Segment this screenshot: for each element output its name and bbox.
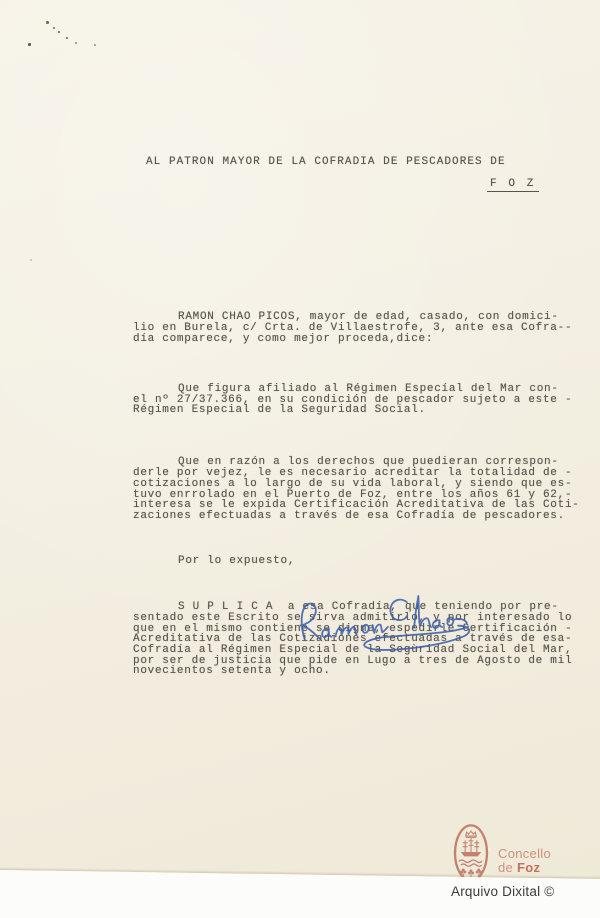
scan-speckle bbox=[30, 259, 32, 261]
crown-icon bbox=[466, 831, 477, 837]
trees-icon bbox=[460, 869, 482, 880]
document-heading-foz: F O Z bbox=[487, 179, 539, 192]
signature bbox=[285, 578, 487, 679]
document-heading-line1: AL PATRON MAYOR DE LA COFRADIA DE PESCAD… bbox=[146, 157, 506, 168]
logo-text-de-foz: de Foz bbox=[498, 860, 540, 875]
ship-icon bbox=[461, 838, 481, 856]
concello-emblem-icon bbox=[448, 822, 494, 884]
scan-speckle bbox=[46, 21, 49, 24]
paragraph-3: Que en razón a los derechos que puediera… bbox=[133, 457, 595, 521]
scan-speckle bbox=[94, 44, 96, 46]
waves-icon bbox=[459, 860, 482, 866]
paragraph-1: RAMON CHAO PICOS, mayor de edad, casado,… bbox=[133, 312, 595, 344]
logo-text-de: de bbox=[498, 860, 517, 875]
scan-speckle bbox=[58, 31, 60, 33]
scan-speckle bbox=[53, 27, 55, 29]
logo-text-concello: Concello bbox=[498, 846, 551, 861]
paragraph-4: Por lo expuesto, bbox=[133, 556, 595, 567]
paragraph-2: Que figura afiliado al Régimen Especíal … bbox=[133, 384, 595, 416]
archive-watermark: Arquivo Dixital © bbox=[451, 884, 554, 899]
scanned-paper-sheet: AL PATRON MAYOR DE LA COFRADIA DE PESCAD… bbox=[0, 0, 600, 882]
concello-de-foz-logo: Concello de Foz bbox=[448, 820, 598, 886]
scan-speckle bbox=[66, 37, 68, 39]
logo-text-foz: Foz bbox=[517, 860, 540, 875]
scan-speckle bbox=[28, 43, 31, 46]
scan-speckle bbox=[75, 42, 77, 44]
